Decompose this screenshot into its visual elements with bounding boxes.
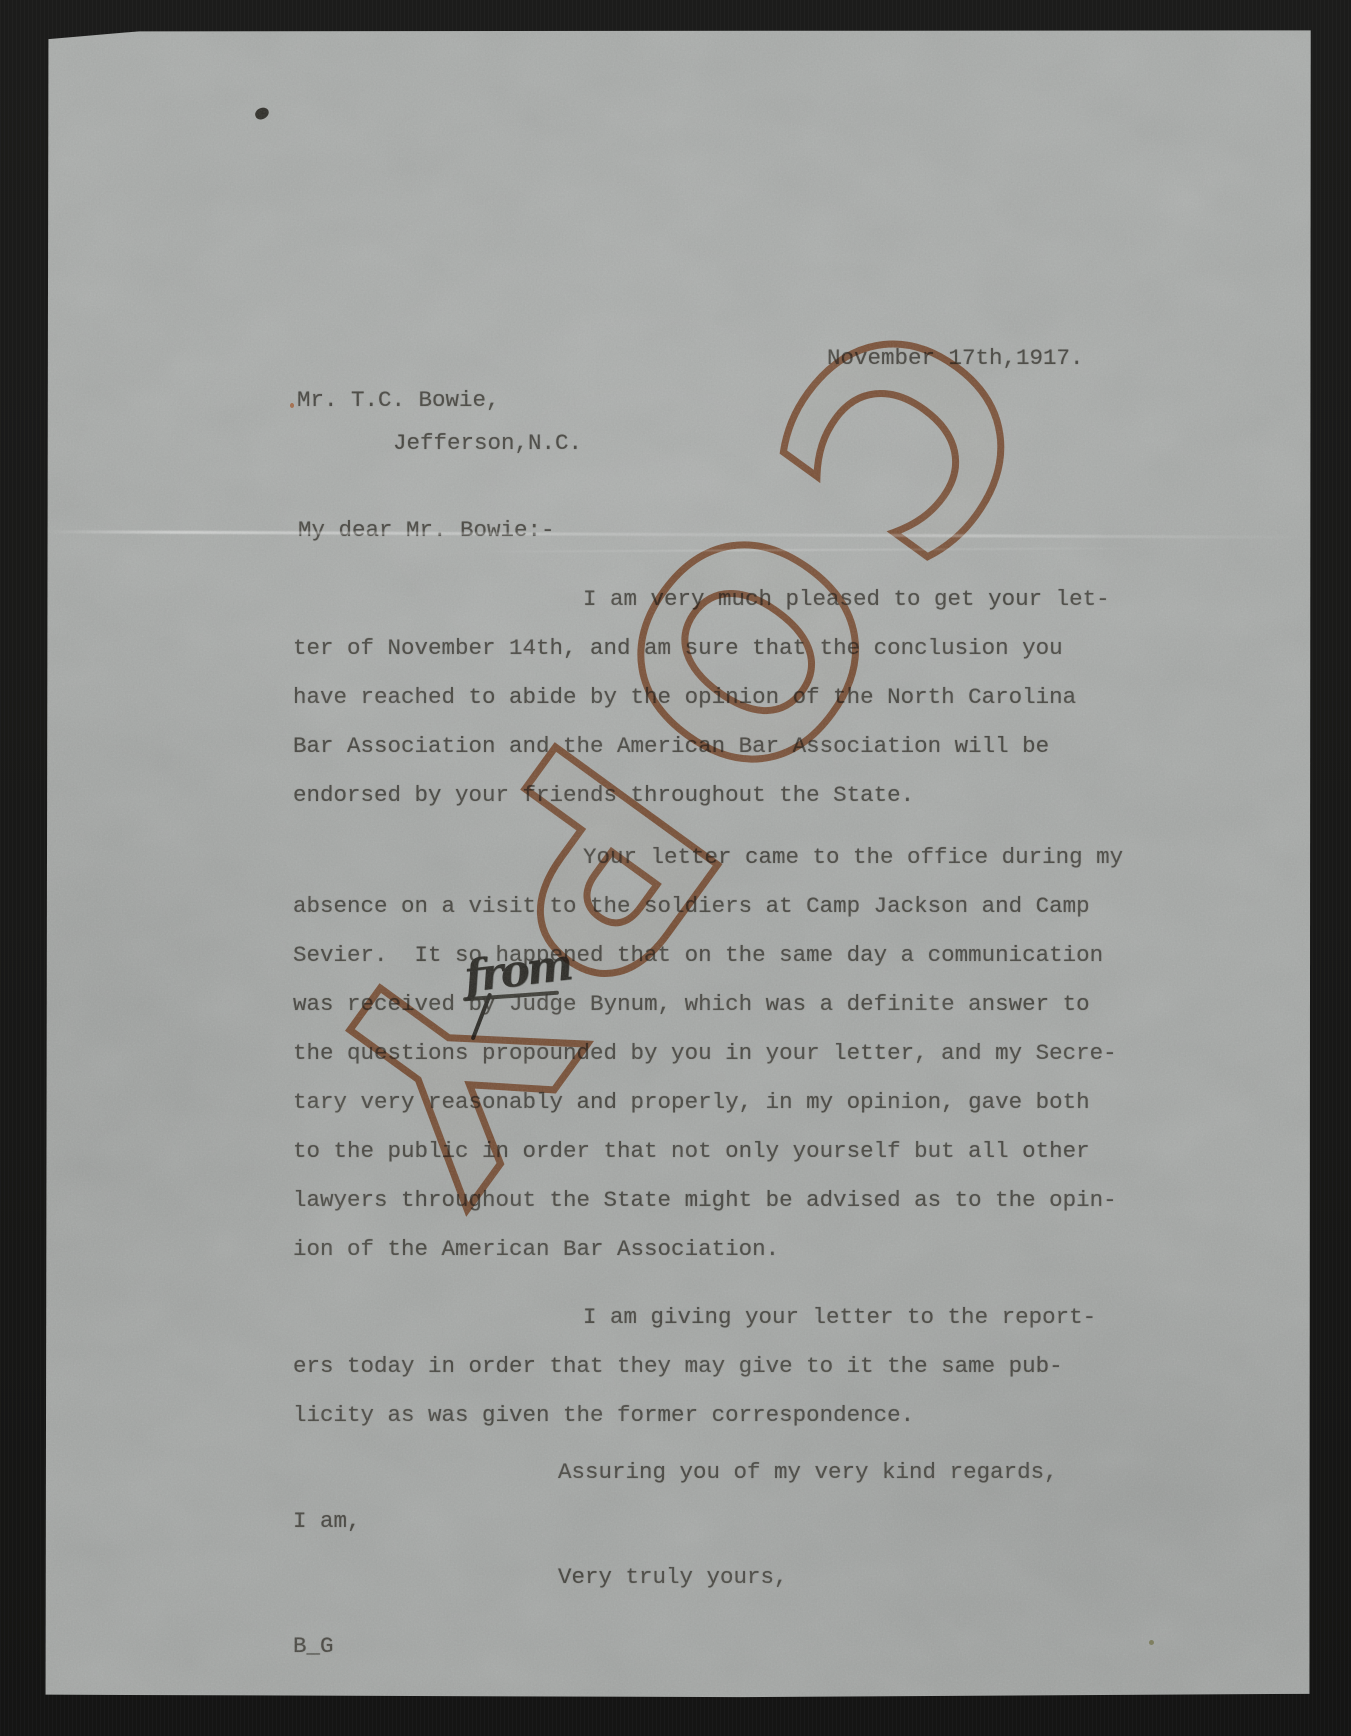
letter-line: I am giving your letter to the report- [293, 1293, 1173, 1342]
closing-i-am: I am, [293, 1497, 1173, 1546]
recipient-name: Mr. T.C. Bowie, [297, 387, 500, 413]
letter-paper: November 17th,1917. Mr. T.C. Bowie, Jeff… [44, 30, 1312, 1698]
letter-line: licity as was given the former correspon… [293, 1391, 1173, 1440]
ink-speck [254, 106, 271, 121]
scanned-letter-page: November 17th,1917. Mr. T.C. Bowie, Jeff… [0, 0, 1351, 1736]
closing-assurance: Assuring you of my very kind regards, [293, 1448, 1173, 1497]
letter-line: ers today in order that they may give to… [293, 1342, 1173, 1391]
reference-initials: B_G [293, 1622, 1173, 1671]
paragraph: I am giving your letter to the report-er… [293, 1293, 1173, 1440]
paper-fleck [1149, 1640, 1154, 1645]
recipient-address: Jefferson,N.C. [393, 430, 582, 456]
salutation: My dear Mr. Bowie:- [298, 517, 555, 543]
rust-fleck [290, 403, 294, 408]
closing-valediction: Very truly yours, [293, 1553, 1173, 1602]
